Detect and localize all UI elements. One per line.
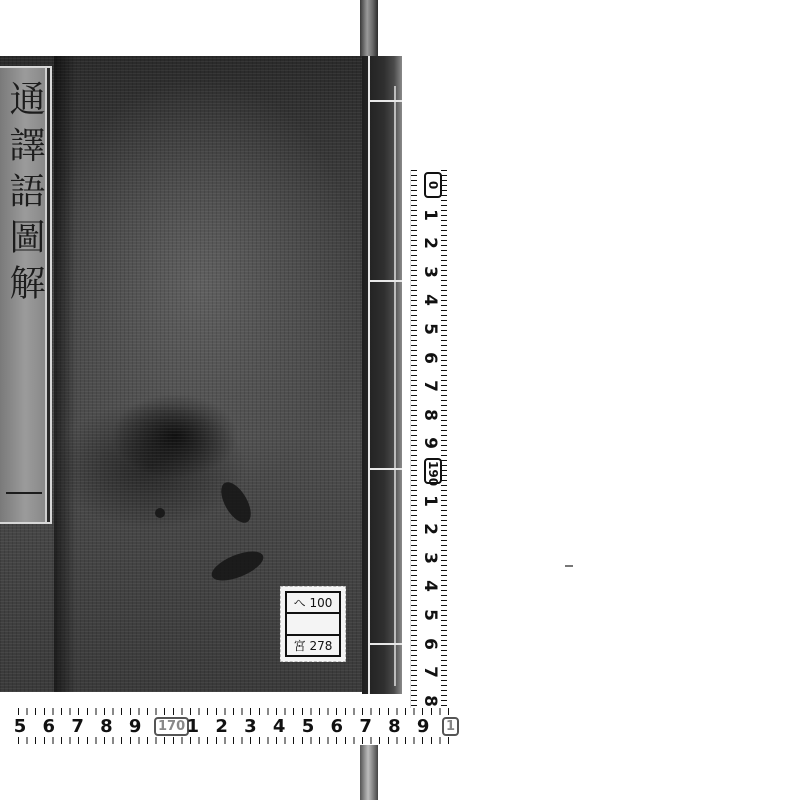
ruler-label: 1 [420, 491, 440, 511]
ruler-label: 3 [240, 716, 260, 737]
binding-stitch [368, 468, 402, 470]
bottom-clamp [360, 745, 378, 800]
binding-stitch [368, 643, 402, 645]
ruler-label: 2 [420, 233, 440, 253]
ruler-label: 9 [125, 716, 145, 737]
vertical-ruler: 012345678919012345678 [410, 170, 447, 708]
ruler-label: 4 [269, 716, 289, 737]
ruler-label: 2 [420, 519, 440, 539]
ruler-label: 9 [420, 433, 440, 453]
cover-shadow [54, 56, 76, 692]
ruler-label: 7 [68, 716, 88, 737]
binding-stitch [368, 280, 402, 282]
title-slip: 通譯語圖解 [0, 66, 52, 524]
ruler-label: 7 [420, 662, 440, 682]
ruler-label: 5 [10, 716, 30, 737]
ruler-label: 5 [298, 716, 318, 737]
binding-thread [368, 56, 370, 694]
label-row-3: 宮 278 [287, 636, 339, 655]
horizontal-ruler: 567891701234567891 [18, 708, 452, 744]
ruler-label: 1 [183, 716, 203, 737]
call-number-label: へ 100 宮 278 [280, 586, 346, 662]
ruler-label: 9 [413, 716, 433, 737]
ruler-label: 5 [420, 319, 440, 339]
book-spine [362, 56, 402, 694]
volume-mark [6, 492, 42, 494]
ruler-label: 8 [96, 716, 116, 737]
label-row-1: へ 100 [287, 593, 339, 614]
dust-speck [565, 565, 573, 567]
cover-stain [155, 508, 165, 518]
title-slip-text: 通譯語圖解 [4, 80, 44, 310]
ruler-label: 8 [420, 405, 440, 425]
ruler-label: 0 [424, 172, 442, 198]
ruler-label: 6 [420, 634, 440, 654]
ruler-label: 6 [327, 716, 347, 737]
top-clamp [360, 0, 378, 58]
ruler-label: 2 [212, 716, 232, 737]
ruler-label: 5 [420, 605, 440, 625]
ruler-label: 6 [420, 348, 440, 368]
ruler-label: 3 [420, 262, 440, 282]
ruler-label: 1 [420, 205, 440, 225]
binding-stitch [368, 100, 402, 102]
ruler-label: 7 [356, 716, 376, 737]
spine-edge [394, 86, 396, 686]
ruler-label: 4 [420, 290, 440, 310]
ruler-label: 190 [424, 458, 442, 484]
ruler-label: 3 [420, 548, 440, 568]
ruler-label: 6 [39, 716, 59, 737]
ruler-label: 7 [420, 376, 440, 396]
ruler-label: 8 [384, 716, 404, 737]
ruler-label: 4 [420, 576, 440, 596]
label-row-2 [287, 614, 339, 635]
ruler-label: 1 [442, 717, 459, 736]
